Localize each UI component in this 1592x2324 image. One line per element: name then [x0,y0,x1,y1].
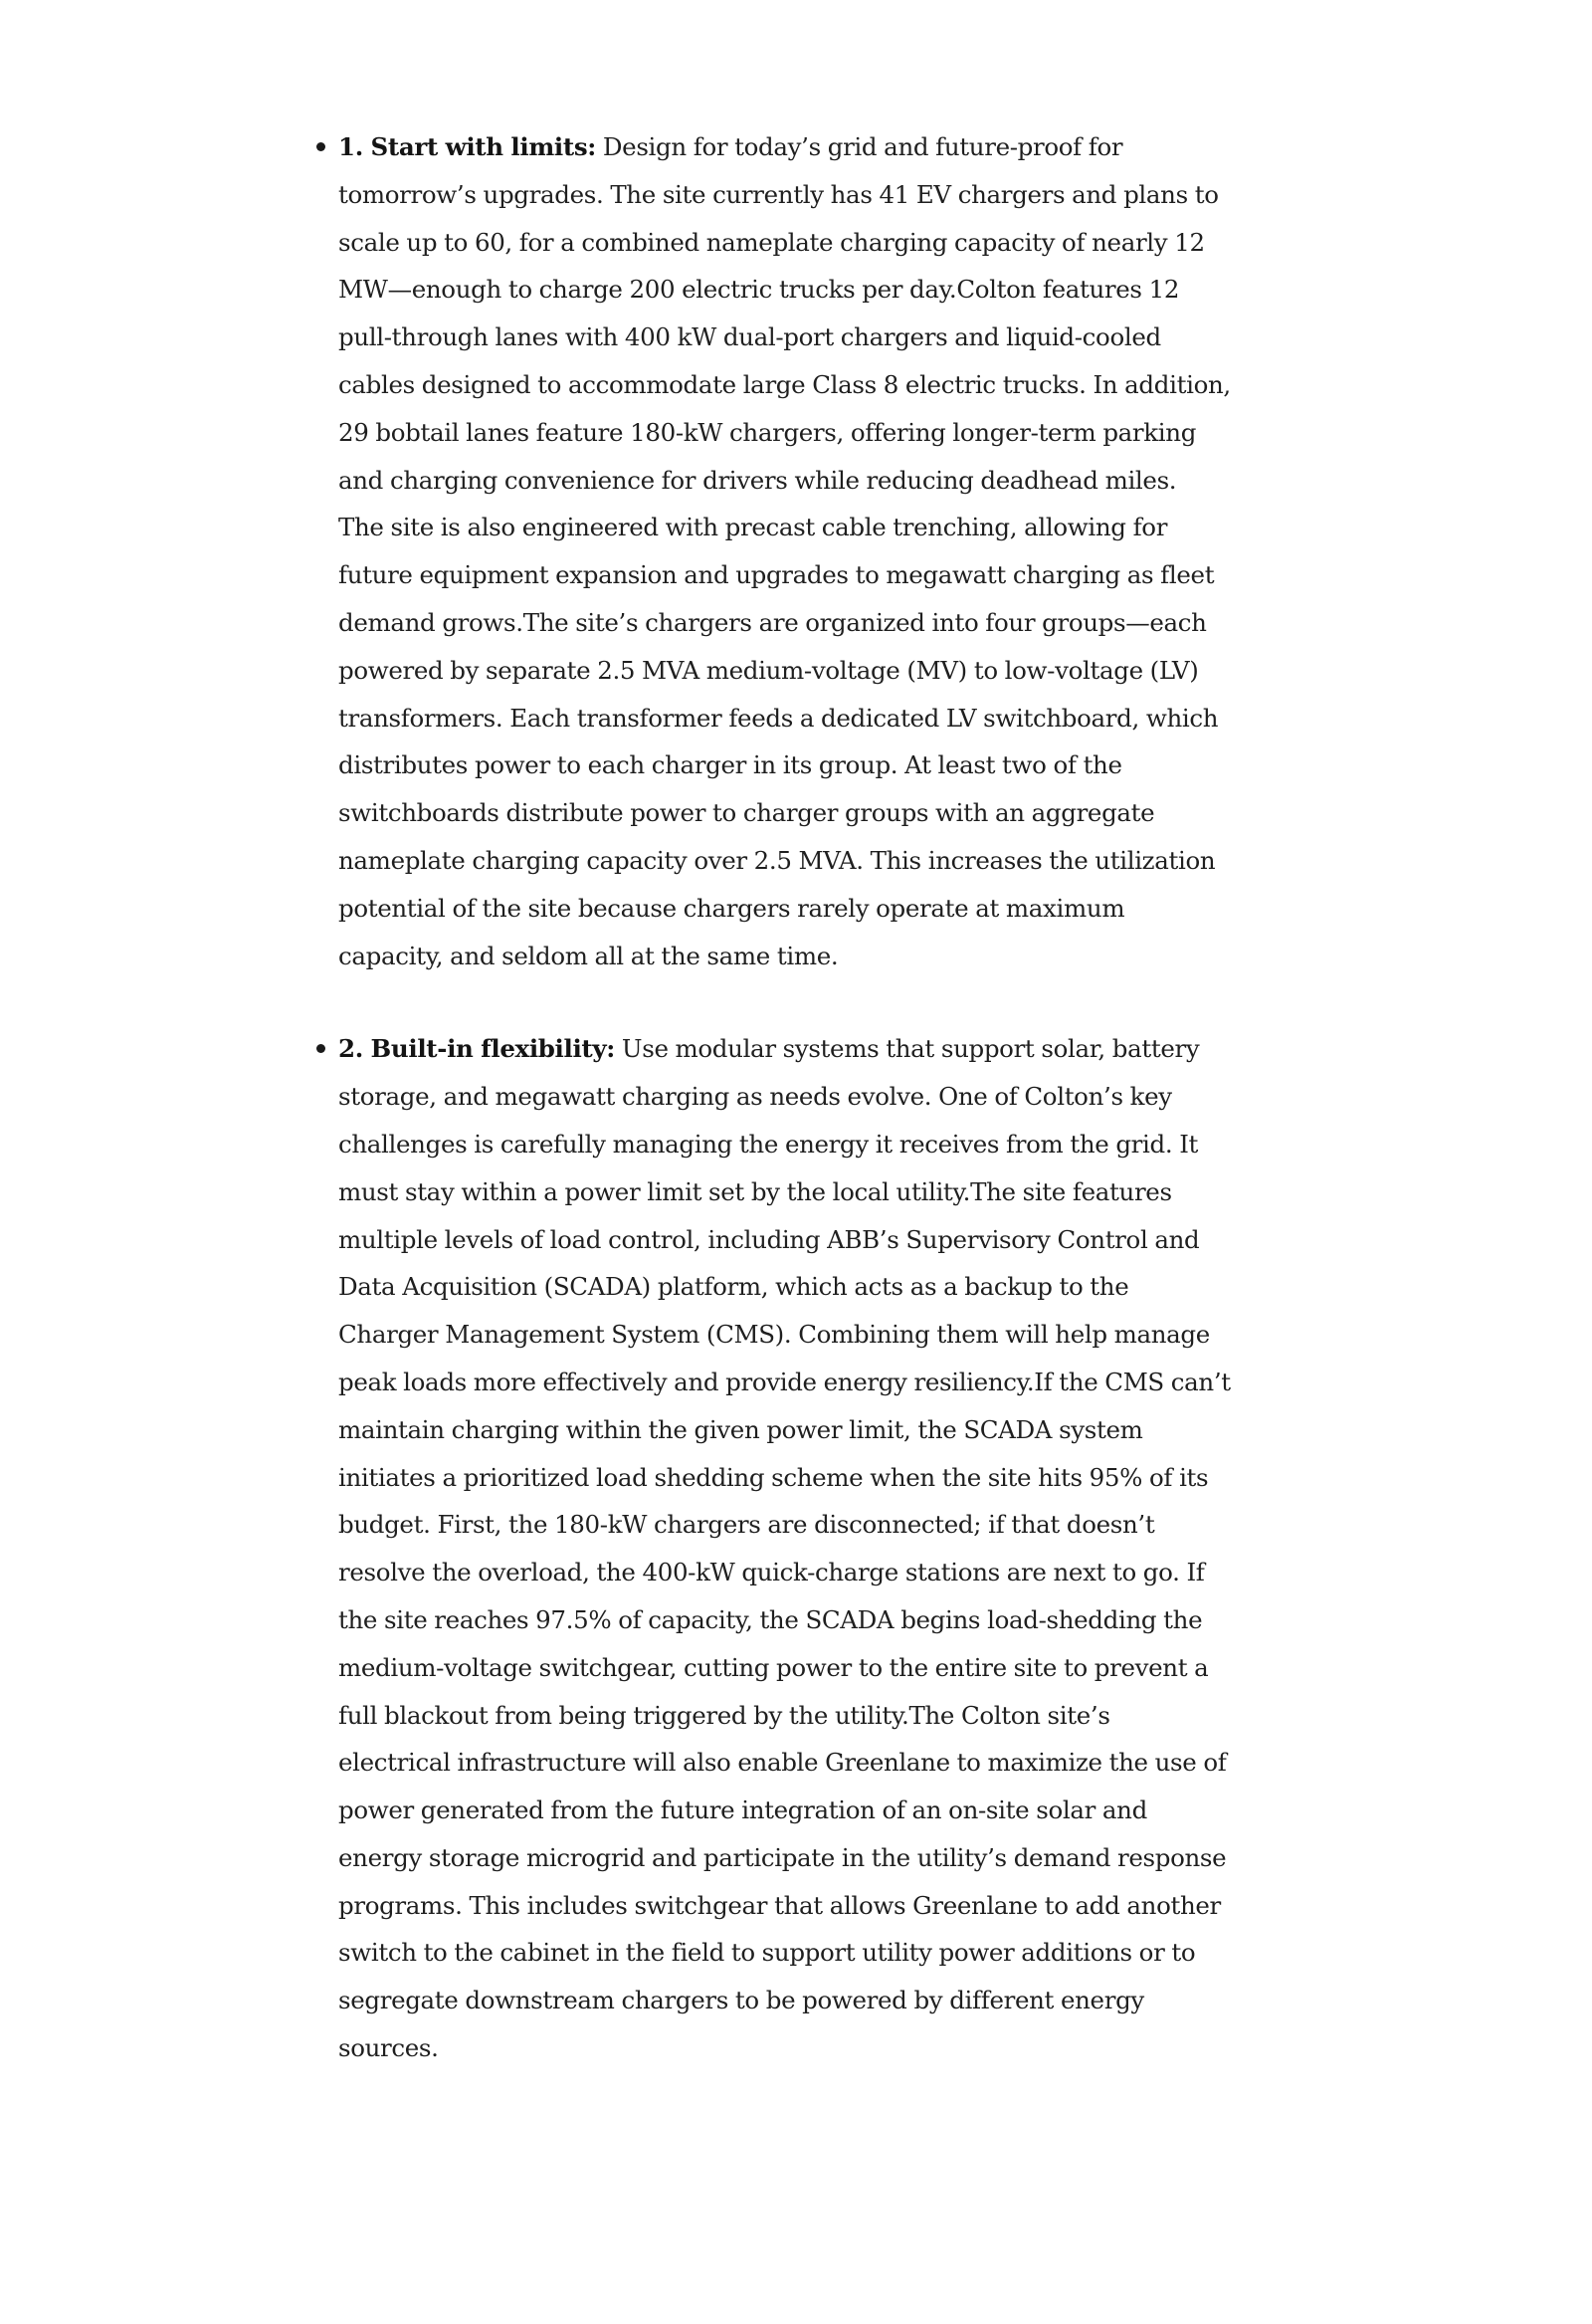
text-line: MW—enough to charge 200 electric trucks … [338,266,1293,314]
text-line: full blackout from being triggered by th… [338,1692,1293,1740]
text-line: potential of the site because chargers r… [338,885,1293,933]
text-line: future equipment expansion and upgrades … [338,551,1293,599]
text-line: must stay within a power limit set by th… [338,1168,1293,1216]
bulleted-list: 1. Start with limits: Design for today’s… [338,123,1293,2072]
text-line: power generated from the future integrat… [338,1787,1293,1834]
text-line: cables designed to accommodate large Cla… [338,361,1293,409]
text-line: pull-through lanes with 400 kW dual-port… [338,314,1293,361]
text-line: The site is also engineered with precast… [338,504,1293,551]
text-line: capacity, and seldom all at the same tim… [338,933,1293,980]
text-line: 29 bobtail lanes feature 180-kW chargers… [338,409,1293,457]
article-body: 1. Start with limits: Design for today’s… [338,123,1293,2118]
text-line: nameplate charging capacity over 2.5 MVA… [338,837,1293,885]
text-line: challenges is carefully managing the ene… [338,1121,1293,1168]
item-label: 2. Built-in flexibility: [338,1034,615,1063]
text-line: 1. Start with limits: Design for today’s… [338,123,1293,171]
text-line: Data Acquisition (SCADA) platform, which… [338,1263,1293,1311]
item-text: Design for today’s grid and future-proof… [596,132,1122,161]
text-line: switchboards distribute power to charger… [338,789,1293,837]
text-line: switch to the cabinet in the field to su… [338,1929,1293,1977]
text-line: and charging convenience for drivers whi… [338,457,1293,505]
list-item-built-in-flexibility: 2. Built-in flexibility: Use modular sys… [338,1025,1293,2072]
item-text: Use modular systems that support solar, … [615,1034,1199,1063]
text-line: Charger Management System (CMS). Combini… [338,1311,1293,1359]
text-line: storage, and megawatt charging as needs … [338,1073,1293,1121]
text-line: 2. Built-in flexibility: Use modular sys… [338,1025,1293,1073]
text-line: distributes power to each charger in its… [338,741,1293,789]
text-line: the site reaches 97.5% of capacity, the … [338,1596,1293,1644]
bullet-icon [316,1044,325,1053]
text-line: sources. [338,2024,1293,2072]
text-line: budget. First, the 180-kW chargers are d… [338,1501,1293,1549]
text-line: medium-voltage switchgear, cutting power… [338,1644,1293,1692]
bullet-icon [316,142,325,151]
text-line: scale up to 60, for a combined nameplate… [338,219,1293,267]
text-line: powered by separate 2.5 MVA medium-volta… [338,647,1293,695]
text-line: peak loads more effectively and provide … [338,1359,1293,1406]
text-line: maintain charging within the given power… [338,1406,1293,1454]
list-item-start-with-limits: 1. Start with limits: Design for today’s… [338,123,1293,979]
text-line: multiple levels of load control, includi… [338,1216,1293,1264]
text-line: energy storage microgrid and participate… [338,1834,1293,1882]
text-line: programs. This includes switchgear that … [338,1882,1293,1930]
text-line: segregate downstream chargers to be powe… [338,1977,1293,2024]
text-line: electrical infrastructure will also enab… [338,1739,1293,1787]
item-label: 1. Start with limits: [338,132,596,161]
text-line: initiates a prioritized load shedding sc… [338,1454,1293,1502]
text-line: tomorrow’s upgrades. The site currently … [338,171,1293,219]
text-line: demand grows.The site’s chargers are org… [338,599,1293,647]
text-line: resolve the overload, the 400-kW quick-c… [338,1549,1293,1596]
text-line: transformers. Each transformer feeds a d… [338,695,1293,742]
